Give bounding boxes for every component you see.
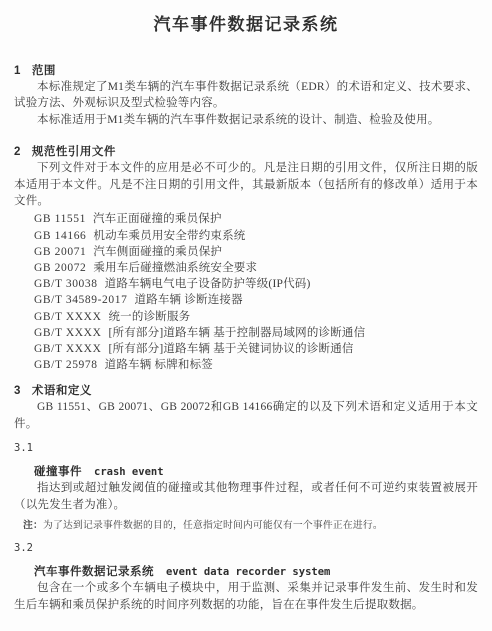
section-number: 1: [14, 65, 21, 77]
reference-item: GB/T 30038道路车辆电气电子设备防护等级(IP代码): [34, 276, 478, 292]
references-intro: 下列文件对于本文件的应用是必不可少的。凡是注日期的引用文件，仅所注日期的版本适用…: [14, 160, 478, 209]
term-en: event data recorder system: [166, 566, 330, 578]
scope-paragraph-1: 本标准规定了M1类车辆的汽车事件数据记录系统（EDR）的术语和定义、技术要求、试…: [14, 79, 478, 112]
note-label: 注：: [23, 520, 43, 531]
section-heading-terms: 3术语和定义: [14, 384, 478, 399]
reference-code: GB 14166: [34, 230, 86, 242]
section-heading-references: 2规范性引用文件: [14, 145, 478, 160]
term-zh: 碰撞事件: [34, 466, 82, 478]
reference-title: 乘用车后碰撞燃油系统安全要求: [93, 262, 257, 274]
reference-item: GB/T 34589-2017道路车辆 诊断连接器: [34, 292, 478, 308]
term-definition: 包含在一个或多个车辆电子模块中，用于监测、采集并记录事件发生前、发生时和发生后车…: [14, 580, 478, 613]
reference-item: GB 11551汽车正面碰撞的乘员保护: [34, 211, 478, 227]
reference-item: GB 20072乘用车后碰撞燃油系统安全要求: [34, 260, 478, 276]
terms-intro: GB 11551、GB 20071、GB 20072和GB 14166确定的以及…: [14, 399, 478, 432]
section-number: 2: [14, 146, 21, 158]
reference-code: GB/T XXXX: [34, 327, 101, 339]
section-title: 范围: [32, 65, 56, 77]
term-entry: 3.1 碰撞事件crash event 指达到或超过触发阈值的碰撞或其他物理事件…: [14, 441, 478, 532]
reference-title: 汽车正面碰撞的乘员保护: [93, 213, 222, 225]
scope-paragraph-2: 本标准适用于M1类车辆的汽车事件数据记录系统的设计、制造、检验及使用。: [14, 112, 478, 128]
term-title: 汽车事件数据记录系统event data recorder system: [34, 565, 478, 580]
reference-code: GB/T XXXX: [34, 343, 101, 355]
reference-code: GB/T XXXX: [34, 311, 101, 323]
term-number: 3.2: [14, 541, 478, 556]
reference-title: 道路车辆 诊断连接器: [134, 294, 242, 306]
term-note: 注：为了达到记录事件数据的目的，任意指定时间内可能仅有一个事件正在进行。: [14, 519, 478, 532]
section-number: 3: [14, 385, 21, 397]
section-title: 规范性引用文件: [32, 146, 116, 158]
document-page: 汽车事件数据记录系统 1范围 本标准规定了M1类车辆的汽车事件数据记录系统（ED…: [0, 0, 492, 631]
reference-item: GB/T XXXX统一的诊断服务: [34, 309, 478, 325]
reference-title: [所有部分]道路车辆 基于关键词协议的诊断通信: [108, 343, 353, 355]
reference-code: GB 20072: [34, 262, 86, 274]
reference-item: GB 20071汽车侧面碰撞的乘员保护: [34, 244, 478, 260]
note-text: 为了达到记录事件数据的目的，任意指定时间内可能仅有一个事件正在进行。: [43, 520, 383, 531]
reference-code: GB 11551: [34, 213, 86, 225]
reference-title: 机动车乘员用安全带约束系统: [93, 230, 245, 242]
section-title: 术语和定义: [32, 385, 92, 397]
reference-title: [所有部分]道路车辆 基于控制器局域网的诊断通信: [108, 327, 365, 339]
reference-code: GB/T 34589-2017: [34, 294, 127, 306]
reference-code: GB 20071: [34, 246, 86, 258]
term-definition: 指达到或超过触发阈值的碰撞或其他物理事件过程，或者任何不可逆约束装置被展开（以先…: [14, 480, 478, 513]
term-number: 3.1: [14, 441, 478, 456]
term-zh: 汽车事件数据记录系统: [34, 566, 154, 578]
reference-title: 统一的诊断服务: [108, 311, 190, 323]
term-en: crash event: [94, 466, 164, 478]
term-entry: 3.2 汽车事件数据记录系统event data recorder system…: [14, 541, 478, 613]
reference-item: GB/T XXXX[所有部分]道路车辆 基于关键词协议的诊断通信: [34, 341, 478, 357]
reference-item: GB 14166机动车乘员用安全带约束系统: [34, 228, 478, 244]
references-list: GB 11551汽车正面碰撞的乘员保护 GB 14166机动车乘员用安全带约束系…: [14, 211, 478, 373]
term-title: 碰撞事件crash event: [34, 465, 478, 480]
reference-item: GB/T XXXX[所有部分]道路车辆 基于控制器局域网的诊断通信: [34, 325, 478, 341]
reference-item: GB/T 25978道路车辆 标牌和标签: [34, 357, 478, 373]
reference-code: GB/T 25978: [34, 359, 98, 371]
reference-title: 道路车辆 标牌和标签: [105, 359, 213, 371]
section-heading-scope: 1范围: [14, 64, 478, 79]
doc-title: 汽车事件数据记录系统: [14, 13, 478, 37]
reference-code: GB/T 30038: [34, 278, 98, 290]
reference-title: 道路车辆电气电子设备防护等级(IP代码): [105, 278, 311, 290]
reference-title: 汽车侧面碰撞的乘员保护: [93, 246, 222, 258]
